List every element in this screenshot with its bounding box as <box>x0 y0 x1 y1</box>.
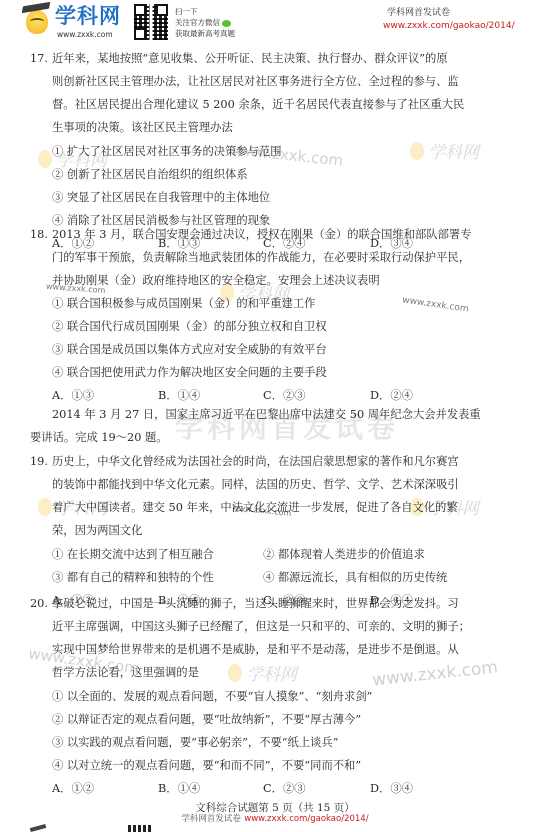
option-4: ④ 联合国把使用武力作为解决地区安全问题的主要手段 <box>52 362 327 383</box>
option-3: ③ 都有自己的精粹和独特的个性 <box>52 567 214 588</box>
qr-line-2-text: 关注官方微信 <box>175 18 220 27</box>
qr-line-1: 扫一下 <box>175 6 235 17</box>
question-stem-line: 督。社区居民提出合理化建议 5 200 余条，近千名居民代表直接参与了社区重大民 <box>52 94 464 115</box>
question-stem-line: 着广大中国读者。建交 50 年来，中法文化交流进一步发展，促进了各自文化的繁 <box>52 497 458 518</box>
question-stem-line: 近年来，某地按照“意见收集、公开听证、民主决策、执行督办、群众评议”的原 <box>52 48 448 69</box>
watermark-url: www.zxxk.com <box>371 657 499 690</box>
question-stem-line: 2013 年 3 月，联合国安理会通过决议，授权在刚果（金）的联合国维和部队部署… <box>52 224 472 245</box>
question-number: 19. <box>30 451 48 472</box>
choice-b[interactable]: B．①④ <box>158 778 200 799</box>
option-4: ④ 以对立统一的观点看问题，要“和而不同”，不要“同而不和” <box>52 755 361 776</box>
watermark-url: www.zxxk.com <box>402 295 470 314</box>
question-stem-line: 生事项的决策。该社区民主管理办法 <box>52 117 233 138</box>
watermark-logo: 学科网 <box>410 138 490 168</box>
qr-line-3: 获取最新高考真题 <box>175 28 235 39</box>
choice-c[interactable]: C．②③ <box>263 778 306 799</box>
bulb-icon <box>228 664 242 682</box>
header-title: 学科网首发试卷 <box>387 7 450 19</box>
page-header: 学科网 www.zxxk.com 扫一下 关注官方微信 获取最新高考真题 学科网… <box>0 0 550 44</box>
question-stem-line: 哲学方法论看，这里强调的是 <box>52 662 199 683</box>
question-stem-line: 荣，因为两国文化 <box>52 520 142 541</box>
option-2: ② 创新了社区居民自治组织的组织体系 <box>52 164 248 185</box>
option-1: ① 扩大了社区居民对社区事务的决策参与范围 <box>52 141 282 162</box>
watermark-logo-text: 学科网 <box>428 138 479 163</box>
qr-caption: 扫一下 关注官方微信 获取最新高考真题 <box>175 6 235 39</box>
choice-a[interactable]: A．①③ <box>52 385 94 406</box>
choice-d[interactable]: D．②④ <box>370 385 413 406</box>
option-3: ③ 以实践的观点看问题，要“事必躬亲”，不要“纸上谈兵” <box>52 732 339 753</box>
intro-line: 要讲话。完成 19～20 题。 <box>30 427 168 448</box>
header-url[interactable]: www.zxxk.com/gaokao/2014/ <box>383 20 515 32</box>
footer-source-url[interactable]: www.zxxk.com/gaokao/2014/ <box>244 814 368 824</box>
question-stem-line: 则创新社区民主管理办法，让社区居民对社区事务进行全方位、全过程的参与、监 <box>52 71 459 92</box>
mascot-icon <box>26 10 48 34</box>
option-2: ② 都体现着人类进步的价值追求 <box>263 544 425 565</box>
logo-url: www.zxxk.com <box>57 30 113 39</box>
watermark-logo-text: 学科网 <box>246 660 297 685</box>
question-stem-line: 历史上，中华文化曾经成为法国社会的时尚，在法国启蒙思想家的著作和凡尔赛宫 <box>52 451 459 472</box>
option-3: ③ 联合国是成员国以集体方式应对安全威胁的有效平台 <box>52 339 327 360</box>
bulb-icon <box>410 142 424 160</box>
question-number: 18. <box>30 224 48 245</box>
choice-d[interactable]: D．③④ <box>370 778 413 799</box>
question-stem-line: 的装饰中都能找到中华文化元素。同样，法国的历史、哲学、文学、艺术深深吸引 <box>52 474 459 495</box>
choice-b[interactable]: B．①④ <box>158 385 200 406</box>
question-stem-line: 近平主席强调，中国这头狮子已经醒了，但这是一只和平的、可亲的、文明的狮子； <box>52 616 470 637</box>
graduation-cap-icon <box>30 824 46 832</box>
next-page-header-strip <box>20 822 160 832</box>
question-number: 17. <box>30 48 48 69</box>
option-2: ② 联合国代行成员国刚果（金）的部分独立权和自卫权 <box>52 316 327 337</box>
qr-line-2: 关注官方微信 <box>175 17 235 28</box>
bulb-icon <box>38 498 52 516</box>
option-3: ③ 突显了社区居民在自我管理中的主体地位 <box>52 187 270 208</box>
question-stem-line: 拿破仑说过，中国是一头沉睡的狮子，当这头睡狮醒来时，世界都会为之发抖。习 <box>52 593 459 614</box>
option-1: ① 联合国积极参与成员国刚果（金）的和平重建工作 <box>52 293 315 314</box>
question-stem-line: 实现中国梦给世界带来的是机遇不是威胁，是和平不是动荡，是进步不是倒退。从 <box>52 639 459 660</box>
qr-code-icon <box>128 825 152 832</box>
question-stem-line: 门的军事干预旅，负责解除当地武装团体的作战能力，在必要时采取行动保护平民， <box>52 247 470 268</box>
wechat-icon <box>222 20 231 27</box>
logo-text: 学科网 <box>55 4 121 28</box>
intro-line: 2014 年 3 月 27 日，国家主席习近平在巴黎出席中法建交 50 周年纪念… <box>52 404 481 425</box>
site-logo[interactable]: 学科网 www.zxxk.com <box>26 4 136 40</box>
option-4: ④ 都源远流长，具有相似的历史传统 <box>263 567 447 588</box>
choice-a[interactable]: A．①② <box>52 778 94 799</box>
option-1: ① 以全面的、发展的观点看问题，不要“盲人摸象”、“刻舟求剑” <box>52 686 372 707</box>
qr-code-icon <box>134 4 168 40</box>
footer-source-label: 学科网首发试卷 <box>181 814 241 824</box>
option-1: ① 在长期交流中达到了相互融合 <box>52 544 214 565</box>
option-2: ② 以辩证否定的观点看问题，要“吐故纳新”，不要“厚古薄今” <box>52 709 361 730</box>
choice-c[interactable]: C．②③ <box>263 385 306 406</box>
bulb-icon <box>38 150 52 168</box>
question-stem-line: 并协助刚果（金）政府维持地区的安全稳定。安理会上述决议表明 <box>52 270 380 291</box>
question-number: 20. <box>30 593 48 614</box>
